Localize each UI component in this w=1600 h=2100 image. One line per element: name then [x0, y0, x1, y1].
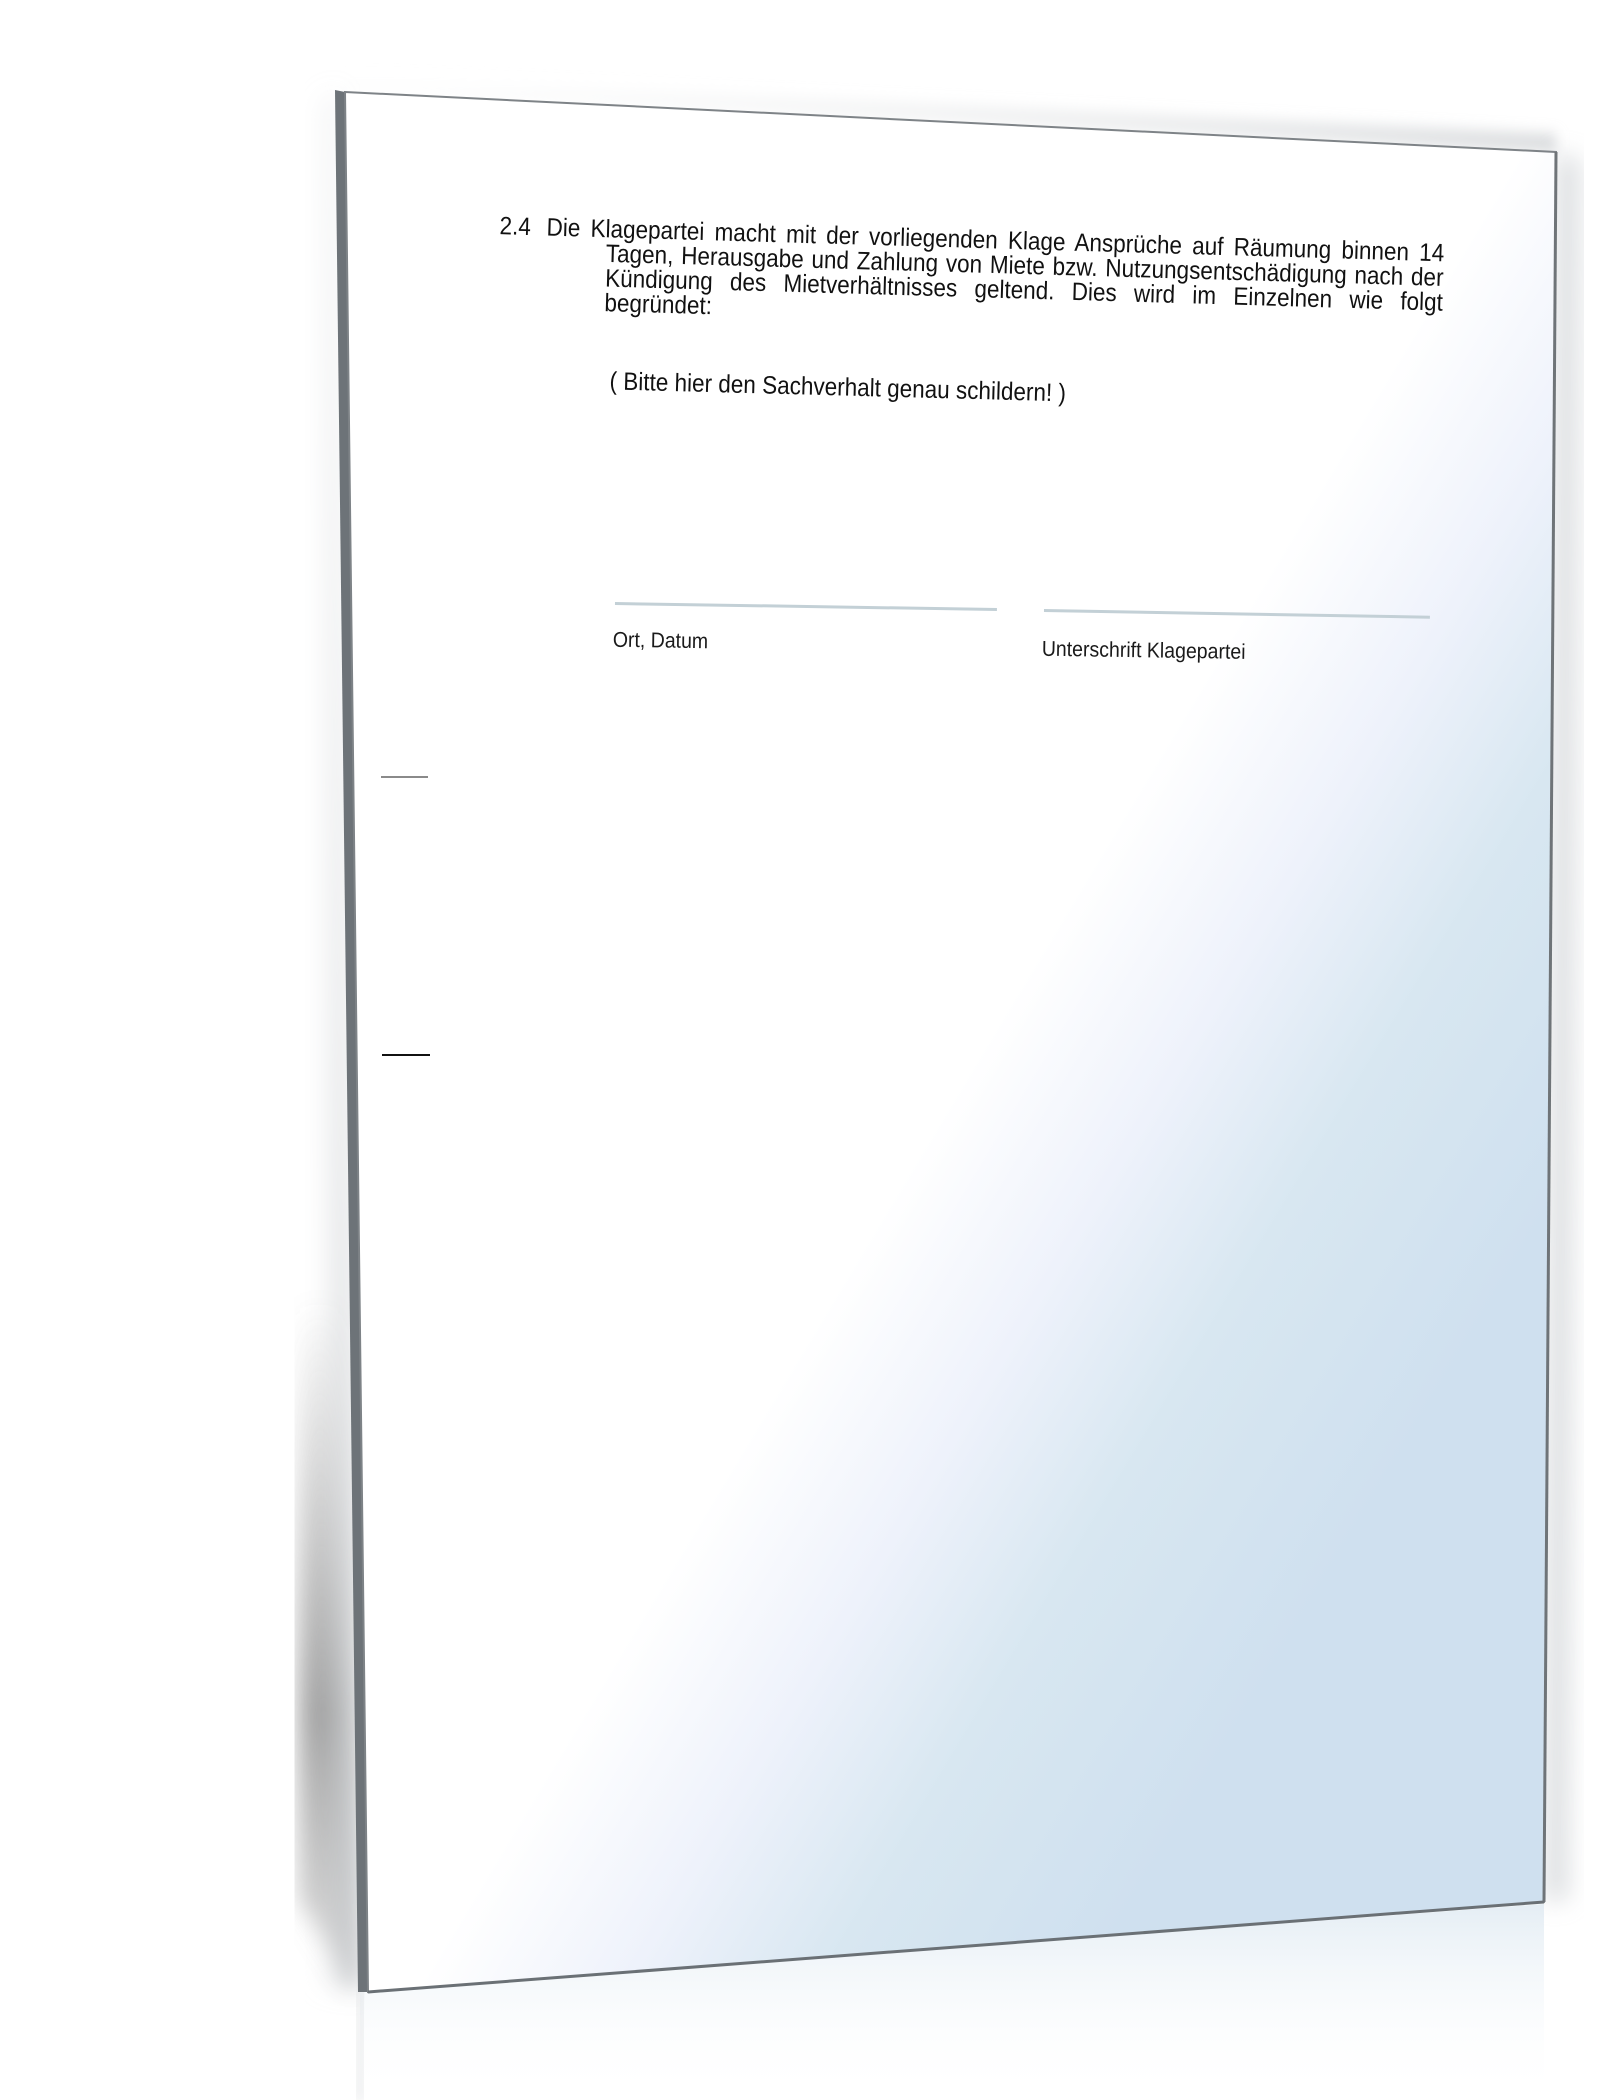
signature-label-place-date: Ort, Datum — [613, 628, 709, 655]
signature-line-place-date — [615, 602, 997, 611]
fold-mark-upper — [381, 776, 428, 778]
section-text: Die Klagepartei macht mit der vorliegend… — [603, 217, 1444, 364]
signature-label-plaintiff: Unterschrift Klagepartei — [1042, 637, 1246, 665]
section-paragraph: 2.4 Die Klagepartei macht mit der vorlie… — [496, 214, 1444, 364]
signature-line-plaintiff — [1044, 609, 1430, 619]
section-number: 2.4 — [499, 214, 531, 240]
placeholder-instruction: ( Bitte hier den Sachverhalt genau schil… — [609, 367, 1066, 408]
fold-mark-lower — [382, 1054, 430, 1056]
document-content: 2.4 Die Klagepartei macht mit der vorlie… — [0, 0, 1600, 2100]
